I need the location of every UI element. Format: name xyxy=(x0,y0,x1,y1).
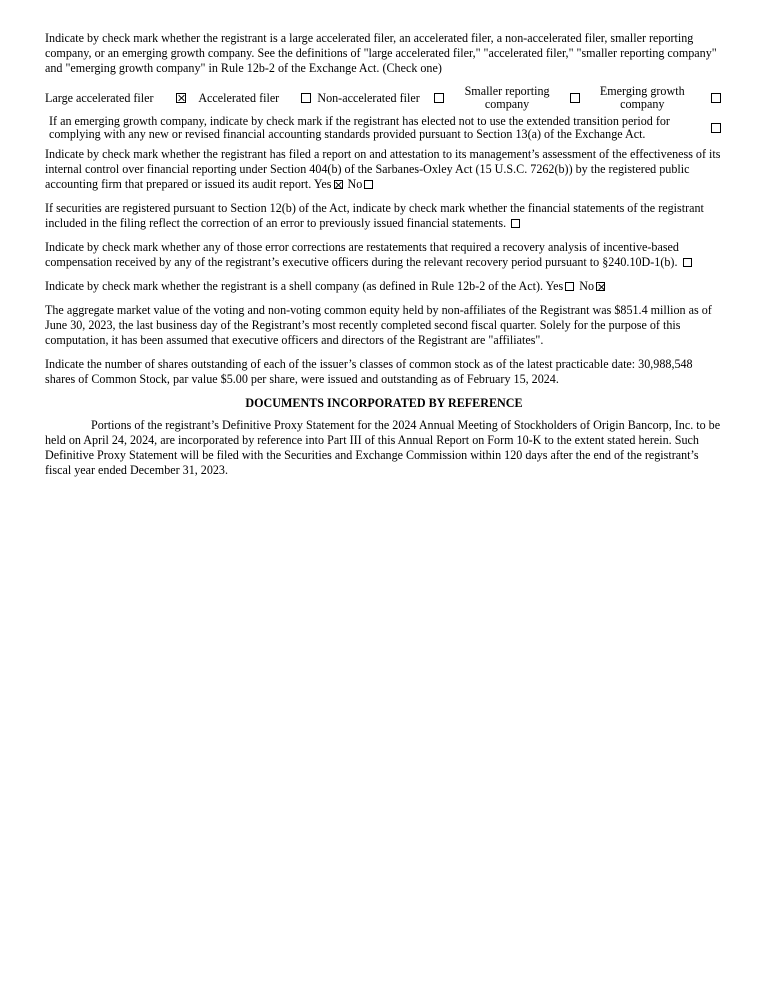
checkbox-accelerated-filer-icon[interactable] xyxy=(301,93,311,103)
checkbox-non-accelerated-filer-icon[interactable] xyxy=(434,93,444,103)
checkbox-icfr-yes-checked-icon[interactable] xyxy=(334,180,343,189)
shell-yes-label: Yes xyxy=(546,279,564,293)
checkbox-recovery-analysis-icon[interactable] xyxy=(683,258,692,267)
shell-company-paragraph: Indicate by check mark whether the regis… xyxy=(45,279,723,294)
recovery-analysis-paragraph: Indicate by check mark whether any of th… xyxy=(45,240,723,270)
filer-status-intro: Indicate by check mark whether the regis… xyxy=(45,31,723,76)
checkbox-shell-yes-icon[interactable] xyxy=(565,282,574,291)
checkbox-error-correction-icon[interactable] xyxy=(511,219,520,228)
checkbox-smaller-reporting-company-icon[interactable] xyxy=(570,93,580,103)
document-page: Indicate by check mark whether the regis… xyxy=(45,31,723,487)
error-correction-paragraph: If securities are registered pursuant to… xyxy=(45,201,723,231)
documents-incorporated-paragraph: Portions of the registrant’s Definitive … xyxy=(45,418,723,478)
icfr-attestation-paragraph: Indicate by check mark whether the regis… xyxy=(45,147,723,192)
icfr-no-label: No xyxy=(348,177,363,191)
egc-transition-text: If an emerging growth company, indicate … xyxy=(49,115,703,141)
filer-status-table: Large accelerated filer Accelerated file… xyxy=(45,85,723,111)
filer-option-large-accelerated-label: Large accelerated filer xyxy=(45,85,174,111)
filer-option-non-accelerated-label: Non-accelerated filer xyxy=(313,85,432,111)
market-value-paragraph: The aggregate market value of the voting… xyxy=(45,303,723,348)
filer-option-accelerated-label: Accelerated filer xyxy=(194,85,299,111)
checkbox-large-accelerated-filer-checked-icon[interactable] xyxy=(176,93,186,103)
shares-outstanding-paragraph: Indicate the number of shares outstandin… xyxy=(45,357,723,387)
egc-transition-row: If an emerging growth company, indicate … xyxy=(49,115,723,141)
documents-incorporated-heading: DOCUMENTS INCORPORATED BY REFERENCE xyxy=(45,396,723,411)
filer-option-emerging-growth-label: Emerging growth company xyxy=(582,85,703,111)
shell-no-label: No xyxy=(579,279,594,293)
checkbox-egc-transition-icon[interactable] xyxy=(711,123,721,133)
filer-option-smaller-reporting-label: Smaller reporting company xyxy=(447,85,568,111)
checkbox-emerging-growth-company-icon[interactable] xyxy=(711,93,721,103)
icfr-yes-label: Yes xyxy=(314,177,332,191)
checkbox-shell-no-checked-icon[interactable] xyxy=(596,282,605,291)
checkbox-icfr-no-icon[interactable] xyxy=(364,180,373,189)
